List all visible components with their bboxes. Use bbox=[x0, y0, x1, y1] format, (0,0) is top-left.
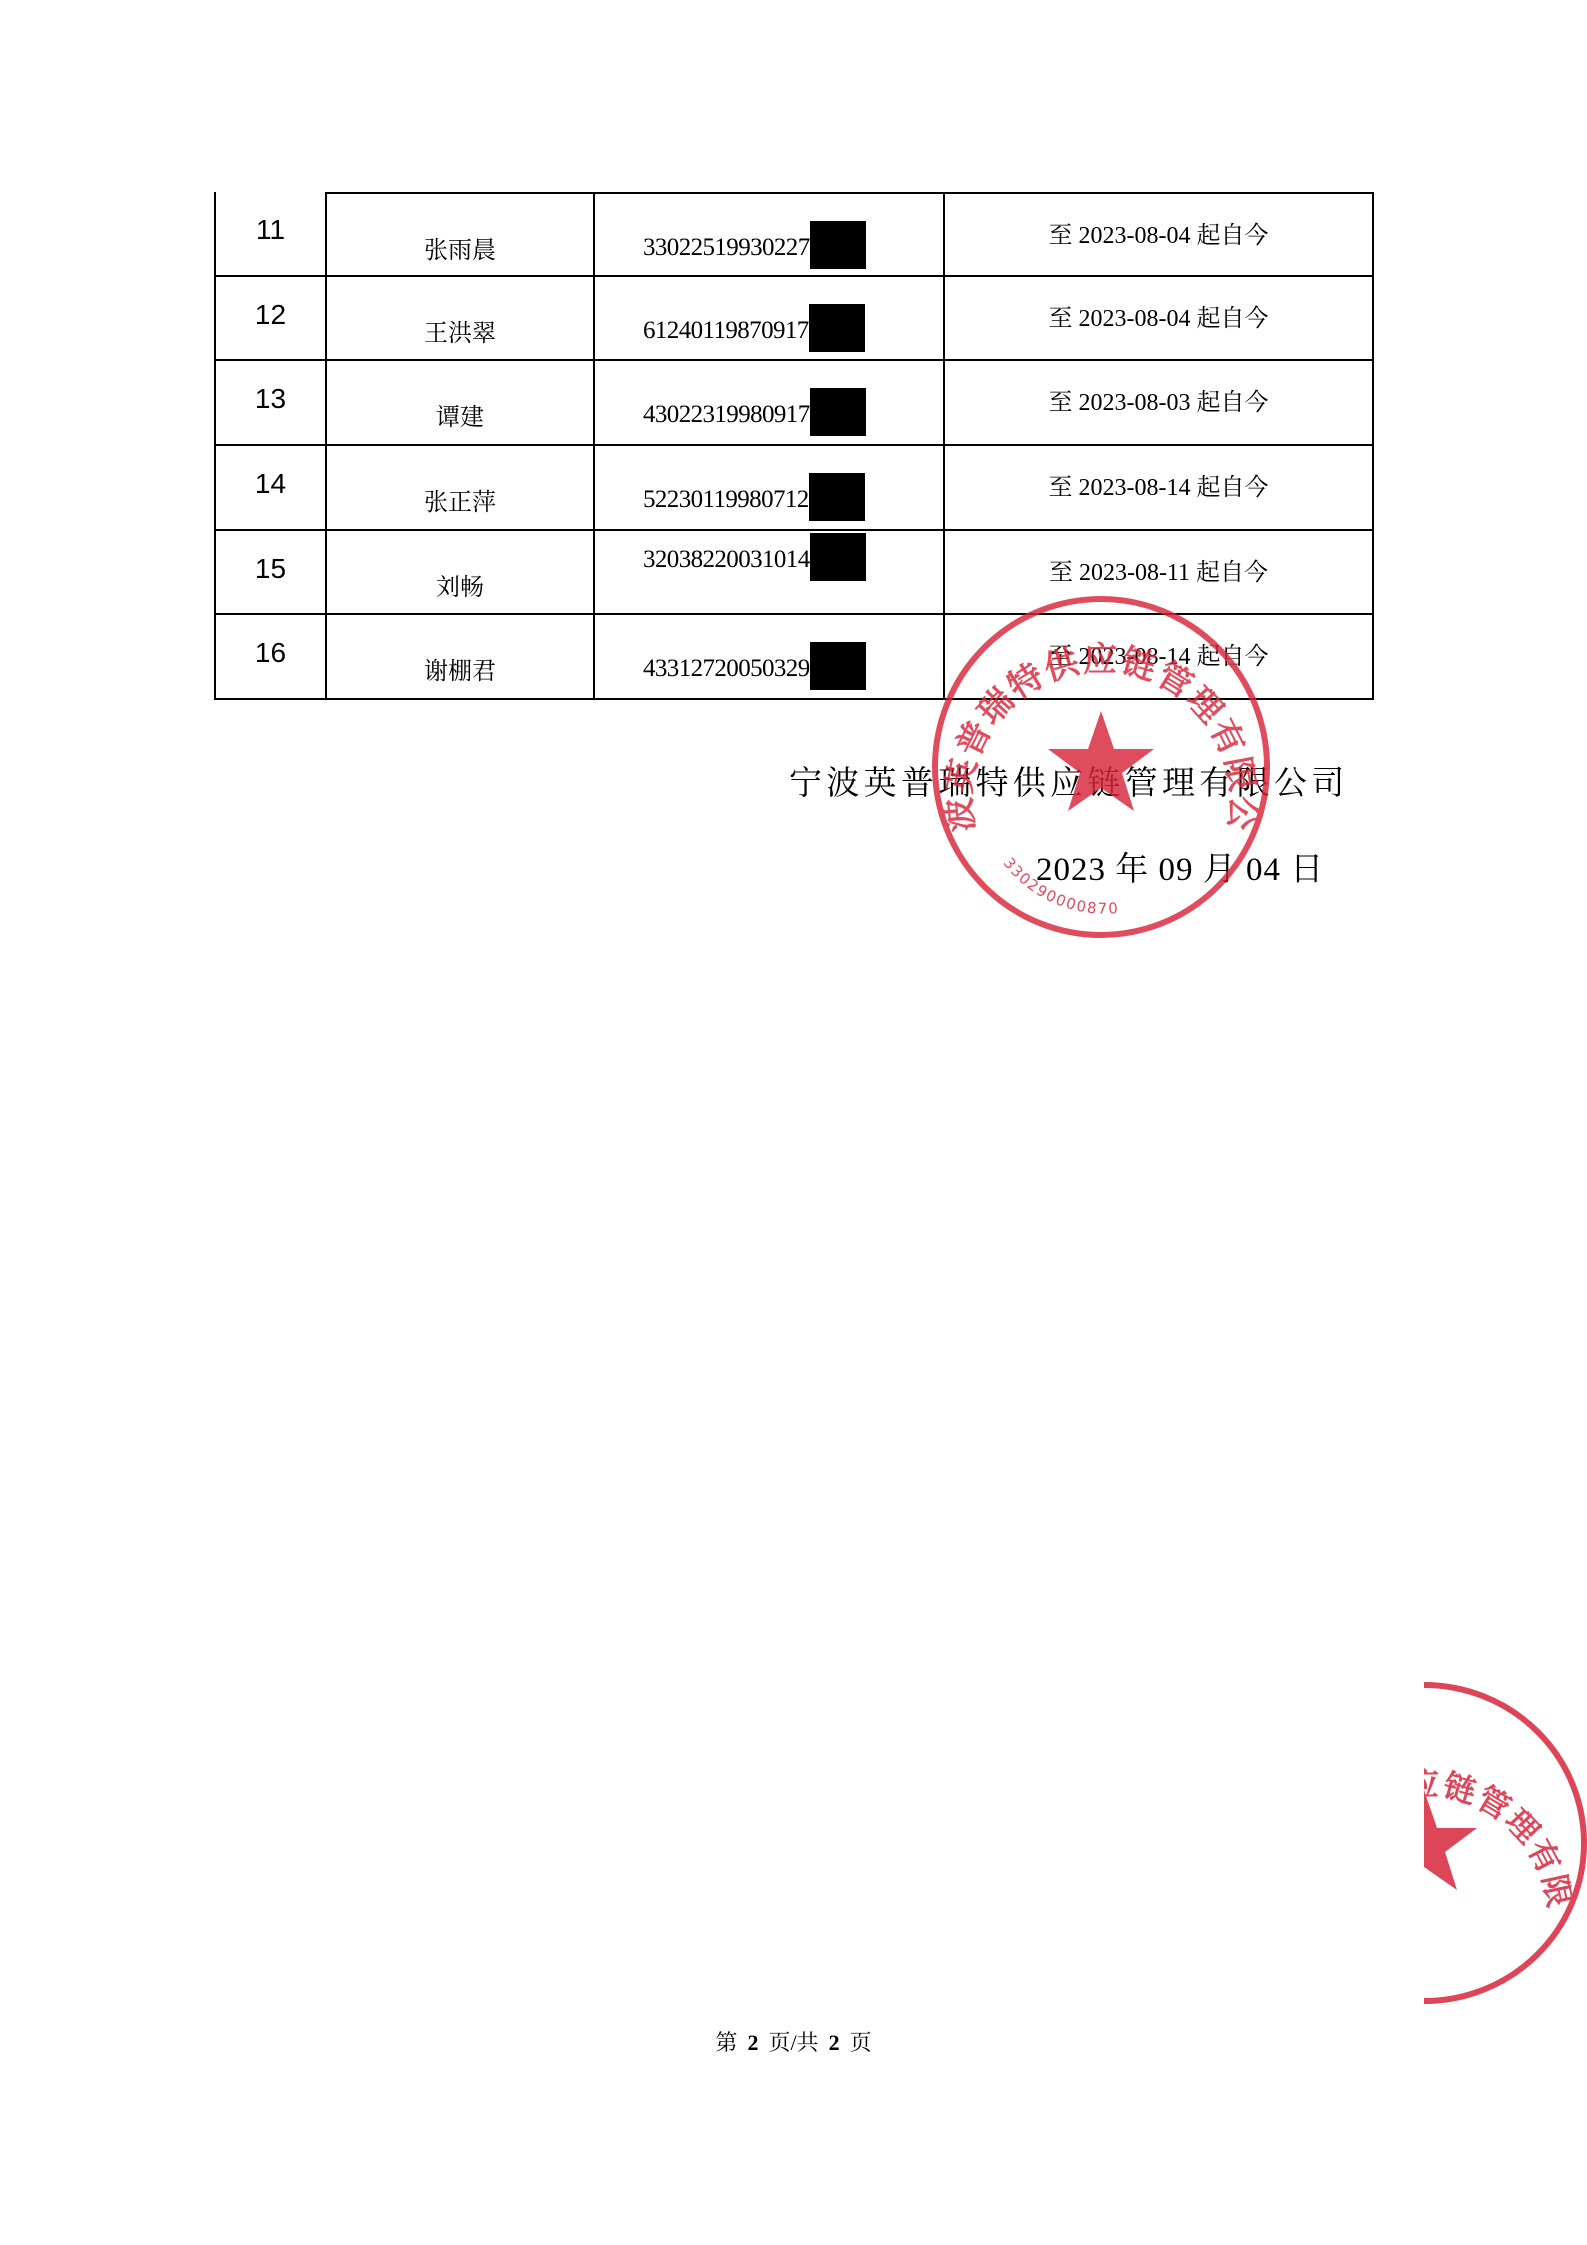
id-number: 32038220031014 bbox=[643, 545, 810, 575]
seam-seal-arc-text: 宁波英普瑞特供应链管理有限公司 bbox=[1424, 1680, 1579, 1912]
row-number-cell: 13 bbox=[214, 361, 325, 444]
document-page: 11 张雨晨 33022519930227 至 2023-08-04 起自今 1… bbox=[0, 0, 1587, 2245]
row-number-cell: 15 bbox=[214, 531, 325, 614]
redaction-box bbox=[809, 304, 865, 352]
row-number-cell: 12 bbox=[214, 277, 325, 360]
row-number: 13 bbox=[216, 383, 325, 415]
employee-name: 谭建 bbox=[327, 397, 593, 432]
table-row: 15 刘畅 32038220031014 至 2023-08-11 起自今 bbox=[214, 531, 1374, 616]
row-number-cell: 14 bbox=[214, 446, 325, 529]
employment-period: 至 2023-08-03 起自今 bbox=[945, 388, 1372, 418]
employee-name: 谢棚君 bbox=[327, 651, 593, 686]
employee-table: 11 张雨晨 33022519930227 至 2023-08-04 起自今 1… bbox=[214, 192, 1374, 700]
id-number: 43022319980917 bbox=[643, 400, 810, 430]
footer-middle: 页/共 bbox=[768, 2030, 818, 2055]
table-row: 14 张正萍 52230119980712 至 2023-08-14 起自今 bbox=[214, 446, 1374, 531]
svg-text:宁波英普瑞特供应链管理有限公司: 宁波英普瑞特供应链管理有限公司 bbox=[1424, 1680, 1579, 1912]
id-cell: 61240119870917 bbox=[593, 277, 943, 360]
redaction-box bbox=[810, 221, 866, 269]
name-cell: 刘畅 bbox=[325, 531, 593, 614]
row-number: 15 bbox=[216, 553, 325, 585]
table-row: 13 谭建 43022319980917 至 2023-08-03 起自今 bbox=[214, 361, 1374, 446]
employee-name: 刘畅 bbox=[327, 567, 593, 602]
id-number: 33022519930227 bbox=[643, 233, 810, 263]
id-cell: 43022319980917 bbox=[593, 361, 943, 444]
redaction-box bbox=[809, 473, 865, 521]
id-number: 43312720050329 bbox=[643, 654, 810, 684]
row-number: 16 bbox=[216, 637, 325, 669]
name-cell: 谭建 bbox=[325, 361, 593, 444]
name-cell: 张正萍 bbox=[325, 446, 593, 529]
name-cell: 谢棚君 bbox=[325, 615, 593, 698]
row-number: 14 bbox=[216, 468, 325, 500]
period-cell: 至 2023-08-11 起自今 bbox=[943, 531, 1374, 614]
employment-period: 至 2023-08-11 起自今 bbox=[945, 558, 1372, 588]
employee-name: 王洪翠 bbox=[327, 313, 593, 348]
seam-seal-icon: 宁波英普瑞特供应链管理有限公司 bbox=[1424, 1680, 1587, 2006]
company-name-signature: 宁波英普瑞特供应链管理有限公司 bbox=[789, 764, 1349, 804]
row-number-cell: 16 bbox=[214, 615, 325, 698]
employment-period: 至 2023-08-04 起自今 bbox=[945, 221, 1372, 251]
footer-prefix: 第 bbox=[715, 2030, 737, 2055]
row-number-cell: 11 bbox=[214, 192, 325, 275]
id-number: 61240119870917 bbox=[643, 316, 809, 346]
redaction-box bbox=[810, 533, 866, 581]
row-number: 12 bbox=[216, 299, 325, 331]
employee-name: 张雨晨 bbox=[327, 230, 593, 265]
period-cell: 至 2023-08-03 起自今 bbox=[943, 361, 1374, 444]
period-cell: 至 2023-08-14 起自今 bbox=[943, 446, 1374, 529]
employee-name: 张正萍 bbox=[327, 482, 593, 517]
employment-period: 至 2023-08-14 起自今 bbox=[945, 473, 1372, 503]
footer-suffix: 页 bbox=[850, 2030, 872, 2055]
table-row: 12 王洪翠 61240119870917 至 2023-08-04 起自今 bbox=[214, 277, 1374, 362]
current-page-number: 2 bbox=[737, 2030, 768, 2055]
total-pages-number: 2 bbox=[819, 2030, 850, 2055]
page-footer: 第2页/共2页 bbox=[0, 2028, 1587, 2058]
name-cell: 王洪翠 bbox=[325, 277, 593, 360]
id-number: 52230119980712 bbox=[643, 485, 809, 515]
table-row: 16 谢棚君 43312720050329 至 2023-08-14 起自今 bbox=[214, 615, 1374, 700]
redaction-box bbox=[810, 388, 866, 436]
id-cell: 32038220031014 bbox=[593, 531, 943, 614]
redaction-box bbox=[810, 642, 866, 690]
period-cell: 至 2023-08-04 起自今 bbox=[943, 277, 1374, 360]
name-cell: 张雨晨 bbox=[325, 192, 593, 275]
employment-period: 至 2023-08-04 起自今 bbox=[945, 304, 1372, 334]
period-cell: 至 2023-08-04 起自今 bbox=[943, 192, 1374, 275]
signature-date: 2023 年 09 月 04 日 bbox=[1036, 850, 1324, 890]
id-cell: 52230119980712 bbox=[593, 446, 943, 529]
table-row: 11 张雨晨 33022519930227 至 2023-08-04 起自今 bbox=[214, 192, 1374, 277]
period-cell: 至 2023-08-14 起自今 bbox=[943, 615, 1374, 698]
id-cell: 33022519930227 bbox=[593, 192, 943, 275]
id-cell: 43312720050329 bbox=[593, 615, 943, 698]
row-number: 11 bbox=[216, 214, 325, 246]
employment-period: 至 2023-08-14 起自今 bbox=[945, 642, 1372, 672]
